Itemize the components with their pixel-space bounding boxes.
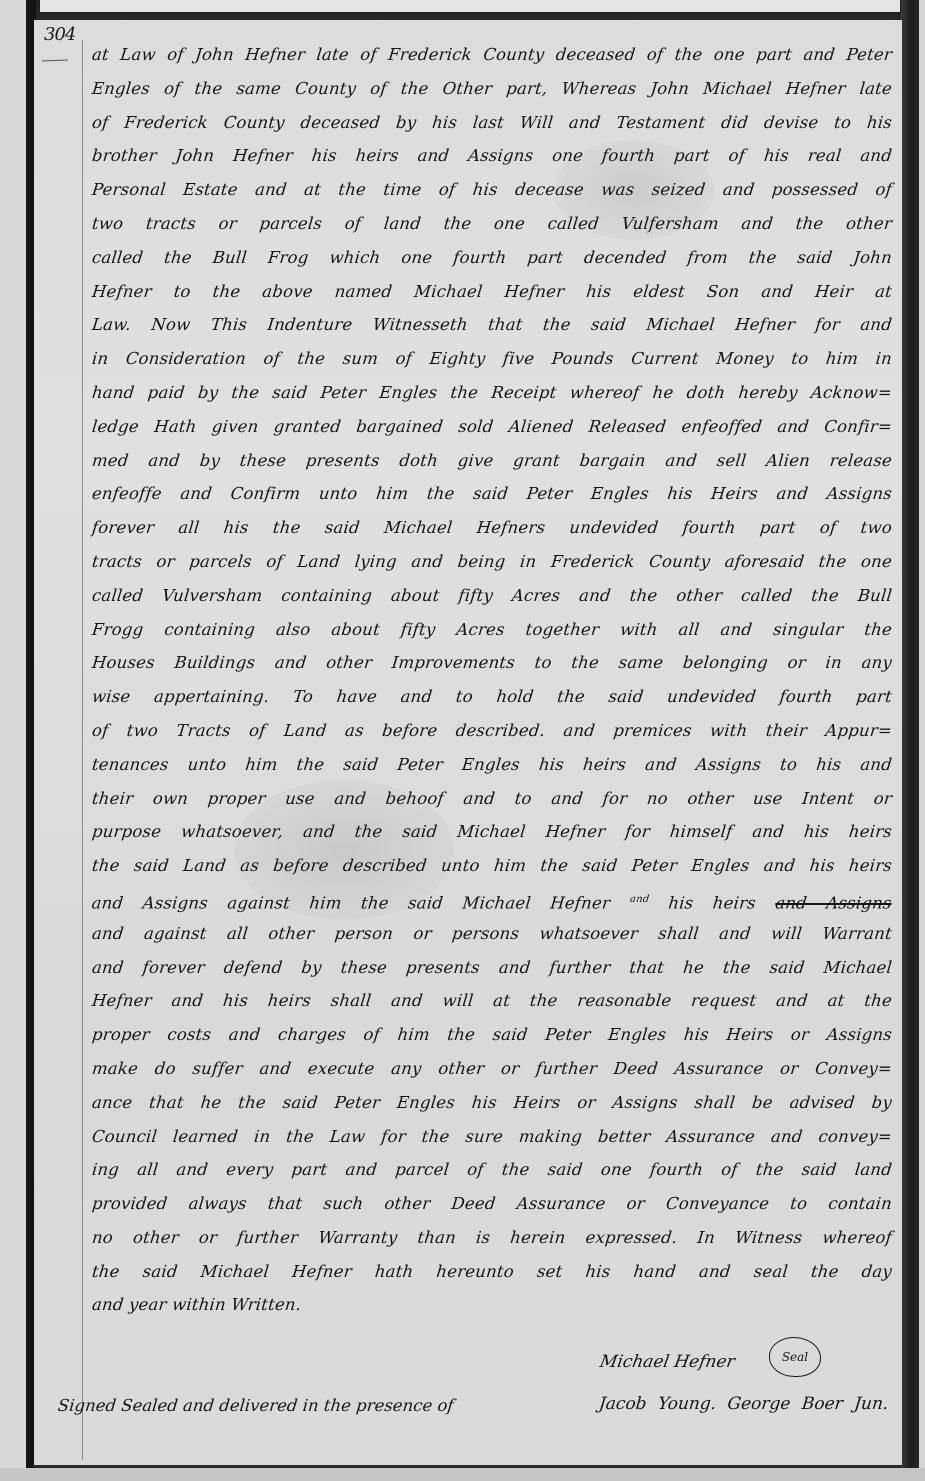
text-line: at Law of John Hefner late of Frederick …	[90, 38, 894, 72]
seal-label: Seal	[782, 1350, 808, 1364]
text-line: provided always that such other Deed Ass…	[90, 1187, 894, 1221]
text-line: Hefner and his heirs shall and will at t…	[90, 984, 894, 1018]
text-line: hand paid by the said Peter Engles the R…	[90, 376, 894, 410]
deed-body-text: at Law of John Hefner late of Frederick …	[92, 38, 892, 1322]
struck-out-text: and Assigns	[774, 893, 892, 912]
text-line: of two Tracts of Land as before describe…	[90, 714, 894, 748]
text-line: called Vulversham containing about fifty…	[90, 579, 894, 613]
closing-line: and year within Written.	[90, 1288, 894, 1322]
text-line: med and by these presents doth give gran…	[90, 444, 894, 478]
text-line: two tracts or parcels of land the one ca…	[90, 207, 894, 241]
text-line: Frogg containing also about fifty Acres …	[90, 613, 894, 647]
inserted-word: and	[629, 894, 650, 905]
text-line: the said Michael Hefner hath hereunto se…	[90, 1255, 894, 1289]
text-line: of Frederick County deceased by his last…	[90, 106, 894, 140]
text-line: Council learned in the Law for the sure …	[90, 1120, 894, 1154]
text-line: in Consideration of the sum of Eighty fi…	[90, 342, 894, 376]
text-line: and forever defend by these presents and…	[90, 951, 894, 985]
text-line: forever all his the said Michael Hefners…	[90, 511, 894, 545]
witness-signatures: Jacob Young. George Boer Jun.	[598, 1394, 889, 1414]
text-line: enfeoffe and Confirm unto him the said P…	[90, 477, 894, 511]
text-line: Law. Now This Indenture Witnesseth that …	[90, 308, 894, 342]
text-line: Engles of the same County of the Other p…	[90, 72, 894, 106]
text-line: and against all other person or persons …	[90, 917, 894, 951]
text-line: called the Bull Frog which one fourth pa…	[90, 241, 894, 275]
text-line: their own proper use and behoof and to a…	[90, 782, 894, 816]
attestation-label: Signed Sealed and delivered in the prese…	[57, 1396, 455, 1415]
seal-icon: Seal	[769, 1337, 821, 1377]
text-line: brother John Hefner his heirs and Assign…	[90, 139, 894, 173]
text-line: Houses Buildings and other Improvements …	[90, 646, 894, 680]
scan-margin-bottom	[0, 1468, 925, 1481]
text-line: tracts or parcels of Land lying and bein…	[90, 545, 894, 579]
text-line: Hefner to the above named Michael Hefner…	[90, 275, 894, 309]
text-line: the said Land as before described unto h…	[90, 849, 894, 883]
ledger-page: 304 at Law of John Hefner late of Freder…	[34, 20, 902, 1468]
text-line: wise appertaining. To have and to hold t…	[90, 680, 894, 714]
text-line: make do suffer and execute any other or …	[90, 1052, 894, 1086]
previous-page-edge	[40, 0, 900, 14]
text-line: ance that he the said Peter Engles his H…	[90, 1086, 894, 1120]
text-line: tenances unto him the said Peter Engles …	[90, 748, 894, 782]
scanned-document: 304 at Law of John Hefner late of Freder…	[0, 0, 925, 1481]
line-text: his heirs	[667, 893, 756, 912]
ruled-margin-line	[82, 40, 83, 1460]
margin-mark	[42, 60, 68, 62]
text-line: proper costs and charges of him the said…	[90, 1018, 894, 1052]
scan-margin-left	[0, 0, 28, 1481]
page-number: 304	[44, 24, 75, 45]
scan-margin-right	[919, 0, 925, 1481]
text-line-with-correction: and Assigns against him the said Michael…	[90, 883, 894, 917]
grantor-signature: Michael Hefner	[598, 1352, 736, 1372]
text-line: Personal Estate and at the time of his d…	[90, 173, 894, 207]
text-line: ledge Hath given granted bargained sold …	[90, 410, 894, 444]
text-line: ing all and every part and parcel of the…	[90, 1153, 894, 1187]
line-text: and Assigns against him the said Michael…	[91, 893, 611, 912]
text-line: purpose whatsoever, and the said Michael…	[90, 815, 894, 849]
text-line: no other or further Warranty than is her…	[90, 1221, 894, 1255]
